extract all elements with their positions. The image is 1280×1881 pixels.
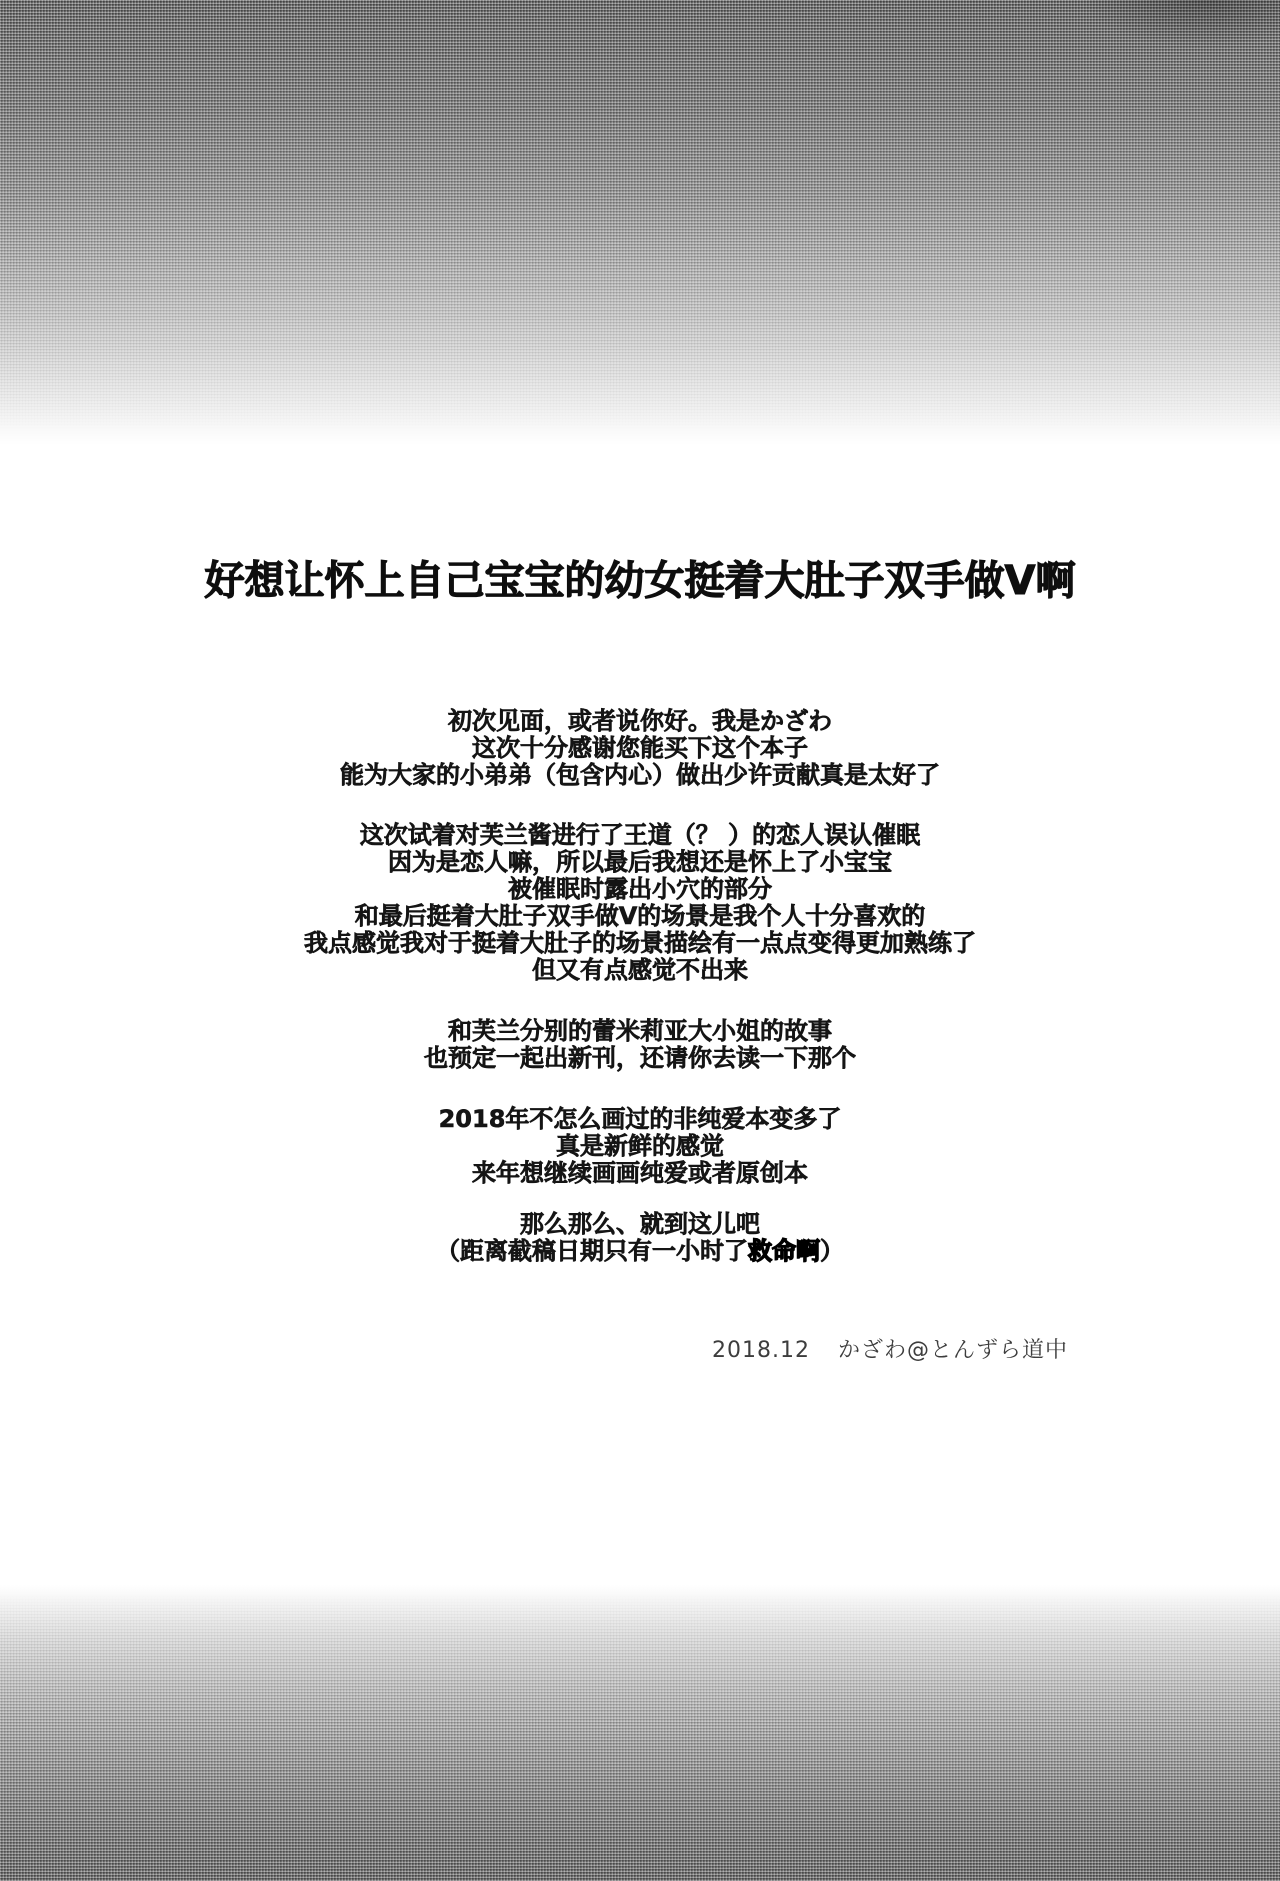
text-line: 那么那么、就到这儿吧	[0, 1211, 1280, 1238]
text-line: 真是新鲜的感觉	[0, 1133, 1280, 1160]
text-line: 初次见面，或者说你好。我是かざわ	[0, 708, 1280, 735]
closing-suffix: ）	[820, 1237, 844, 1265]
signature: 2018.12かざわ@とんずら道中	[712, 1338, 1068, 1364]
page-title: 好想让怀上自己宝宝的幼女挺着大肚子双手做V啊	[0, 555, 1280, 607]
closing-emphasis: 救命啊	[748, 1237, 820, 1265]
paragraph-2018-reflection: 2018年不怎么画过的非纯爱本变多了 真是新鲜的感觉 来年想继续画画纯爱或者原创…	[0, 1106, 1280, 1187]
text-line: 也预定一起出新刊，还请你去读一下那个	[0, 1045, 1280, 1072]
text-line: 2018年不怎么画过的非纯爱本变多了	[0, 1106, 1280, 1133]
text-line: 和芙兰分别的蕾米莉亚大小姐的故事	[0, 1018, 1280, 1045]
afterword-page: 好想让怀上自己宝宝的幼女挺着大肚子双手做V啊 初次见面，或者说你好。我是かざわ …	[0, 0, 1280, 1881]
text-line: 因为是恋人嘛，所以最后我想还是怀上了小宝宝	[0, 849, 1280, 876]
closing-prefix: （距离截稿日期只有一小时了	[436, 1237, 748, 1265]
text-line: 来年想继续画画纯爱或者原创本	[0, 1160, 1280, 1187]
text-line: 和最后挺着大肚子双手做V的场景是我个人十分喜欢的	[0, 903, 1280, 930]
bottom-gradient-band	[0, 1585, 1280, 1881]
paragraph-story-notes: 这次试着对芙兰酱进行了王道（？ ）的恋人误认催眠 因为是恋人嘛，所以最后我想还是…	[0, 822, 1280, 984]
closing-line: （距离截稿日期只有一小时了救命啊）	[0, 1238, 1280, 1265]
text-line: 这次十分感谢您能买下这个本子	[0, 735, 1280, 762]
text-line: 但又有点感觉不出来	[0, 957, 1280, 984]
signature-date: 2018.12	[712, 1338, 810, 1363]
top-gradient-band	[0, 0, 1280, 445]
text-line: 我点感觉我对于挺着大肚子的场景描绘有一点点变得更加熟练了	[0, 930, 1280, 957]
paragraph-next-book: 和芙兰分别的蕾米莉亚大小姐的故事 也预定一起出新刊，还请你去读一下那个	[0, 1018, 1280, 1072]
halftone-texture	[0, 1585, 1280, 1881]
paragraph-closing: 那么那么、就到这儿吧 （距离截稿日期只有一小时了救命啊）	[0, 1211, 1280, 1265]
paragraph-greeting: 初次见面，或者说你好。我是かざわ 这次十分感谢您能买下这个本子 能为大家的小弟弟…	[0, 708, 1280, 789]
scan-smudge	[1010, 0, 1280, 95]
text-line: 能为大家的小弟弟（包含内心）做出少许贡献真是太好了	[0, 762, 1280, 789]
text-line: 被催眠时露出小穴的部分	[0, 876, 1280, 903]
text-line: 这次试着对芙兰酱进行了王道（？ ）的恋人误认催眠	[0, 822, 1280, 849]
signature-author: かざわ@とんずら道中	[838, 1338, 1068, 1363]
